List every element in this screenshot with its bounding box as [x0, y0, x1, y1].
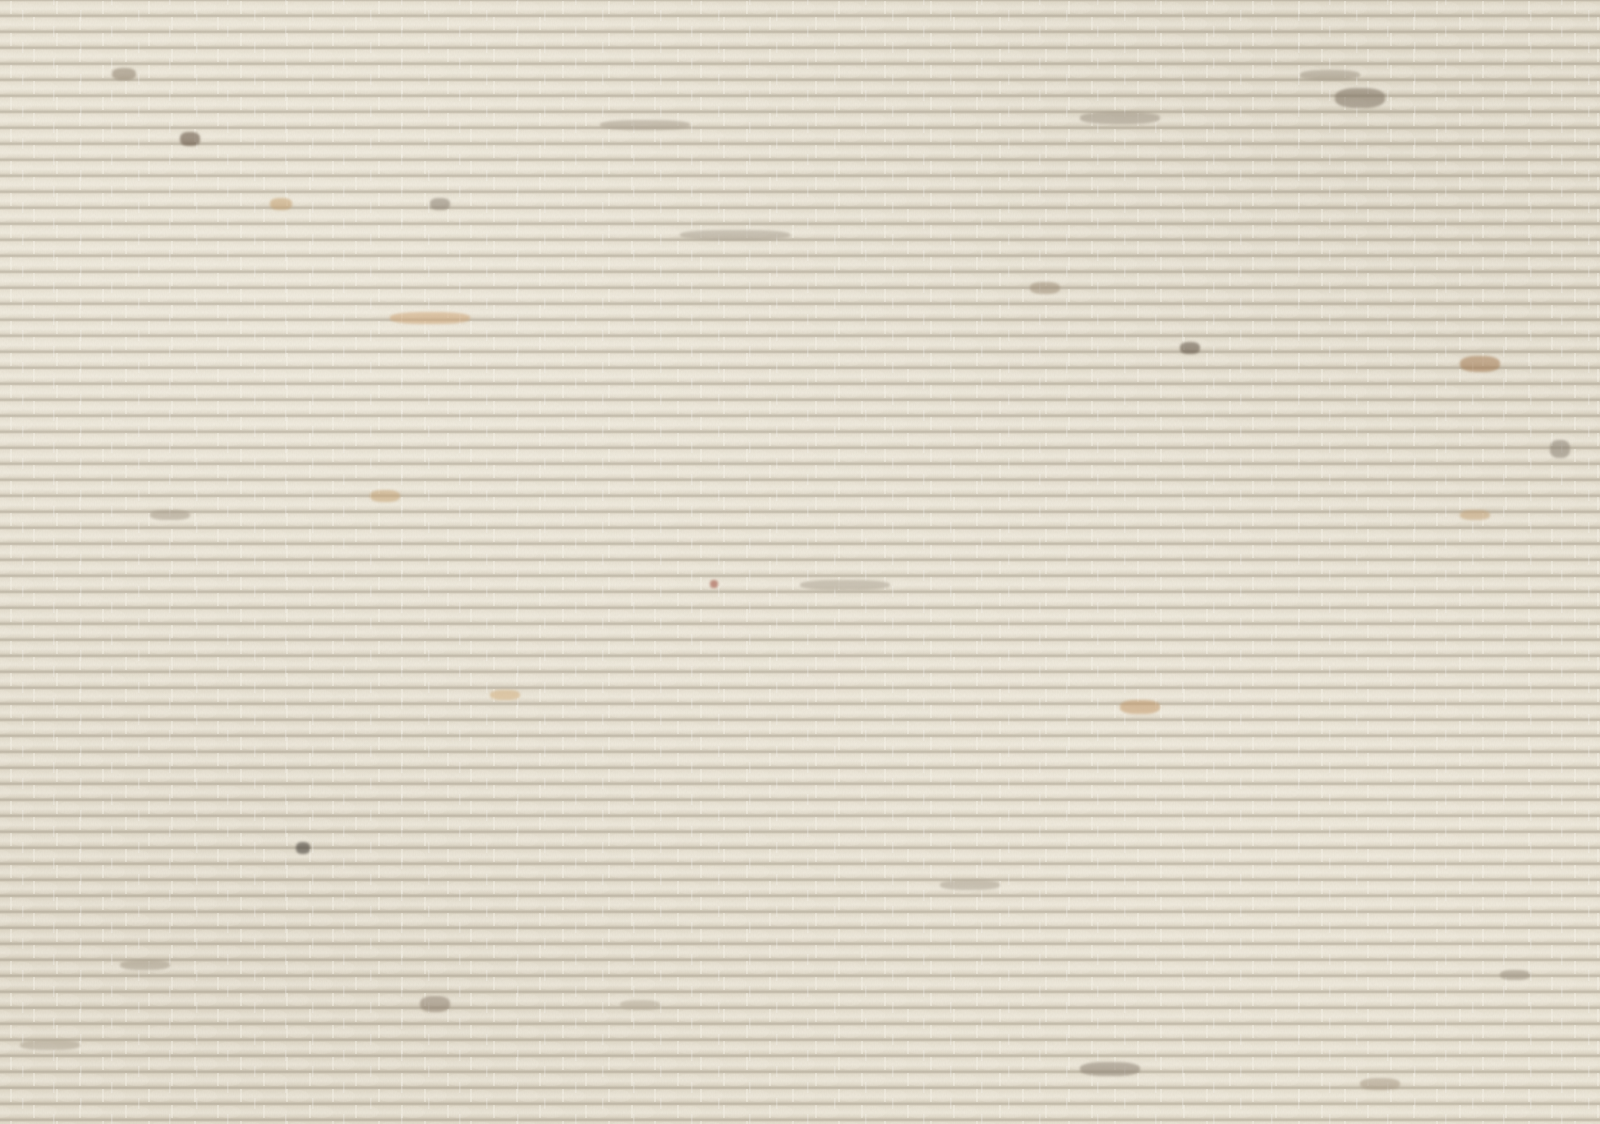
fiber-fleck [1360, 1078, 1400, 1090]
fiber-fleck [1030, 282, 1060, 294]
fiber-fleck [600, 120, 690, 130]
fiber-fleck [1550, 440, 1570, 458]
woven-wool-texture-photo [0, 0, 1600, 1124]
fiber-fleck [1460, 356, 1500, 372]
fiber-fleck [120, 960, 170, 970]
fiber-fleck [800, 580, 890, 590]
color-flecks [0, 0, 1600, 1124]
fiber-fleck [490, 690, 520, 700]
fiber-fleck [710, 580, 718, 588]
fiber-fleck [1300, 70, 1360, 80]
fiber-fleck [1460, 510, 1490, 520]
fiber-fleck [940, 880, 1000, 890]
fiber-fleck [112, 68, 136, 80]
fiber-fleck [420, 996, 450, 1012]
fiber-fleck [1500, 970, 1530, 980]
fiber-fleck [1120, 700, 1160, 714]
fiber-fleck [1080, 1062, 1140, 1076]
fiber-fleck [180, 132, 200, 146]
fiber-fleck [390, 312, 470, 324]
fiber-fleck [620, 1000, 660, 1010]
fiber-fleck [150, 510, 190, 520]
fiber-fleck [680, 230, 790, 240]
fiber-fleck [430, 198, 450, 210]
fiber-fleck [1335, 88, 1385, 108]
fiber-fleck [1080, 112, 1160, 124]
fiber-fleck [20, 1040, 80, 1050]
fiber-fleck [296, 842, 310, 854]
fiber-fleck [370, 490, 400, 502]
fiber-fleck [270, 198, 292, 210]
fiber-fleck [1180, 342, 1200, 354]
